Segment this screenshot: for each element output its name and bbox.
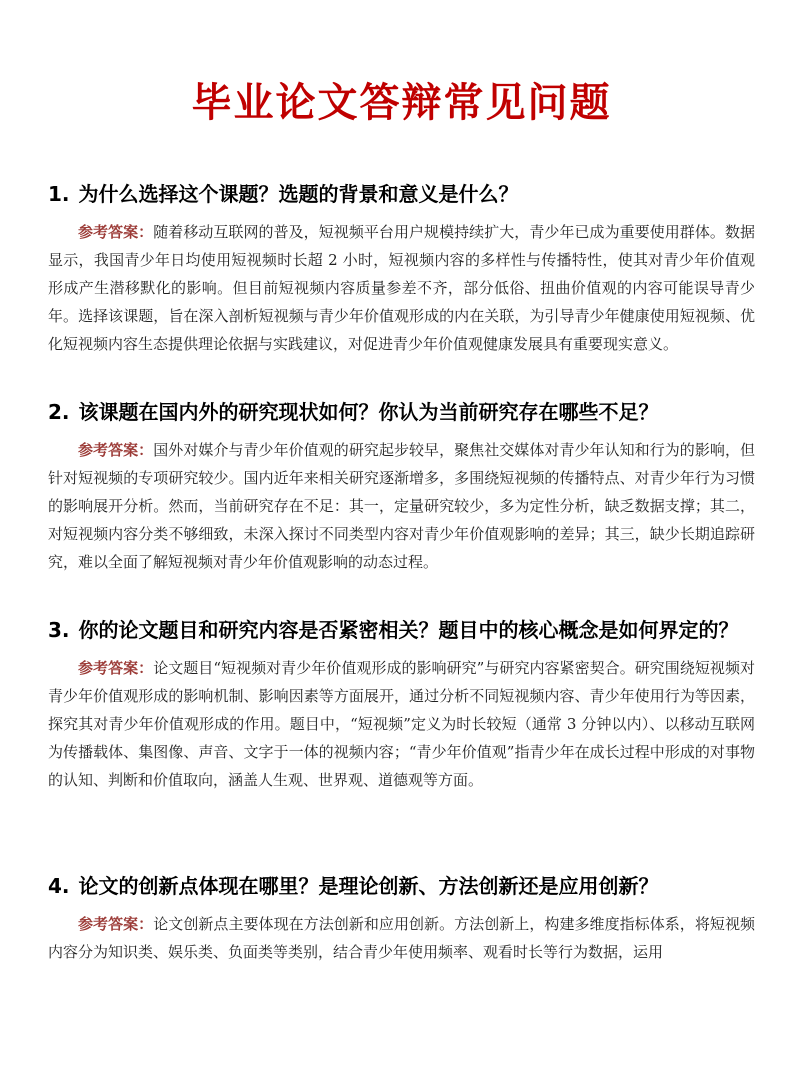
answer-label: 参考答案： bbox=[78, 441, 153, 459]
question-heading: 3.你的论文题目和研究内容是否紧密相关？题目中的核心概念是如何界定的？ bbox=[48, 616, 755, 644]
question-number: 2. bbox=[48, 400, 70, 424]
answer-paragraph: 参考答案：国外对媒介与青少年价值观的研究起步较早，聚焦社交媒体对青少年认知和行为… bbox=[48, 436, 755, 576]
answer-paragraph: 参考答案：论文题目“短视频对青少年价值观形成的影响研究”与研究内容紧密契合。研究… bbox=[48, 654, 755, 794]
answer-text: 论文创新点主要体现在方法创新和应用创新。方法创新上，构建多维度指标体系，将短视频… bbox=[48, 915, 755, 961]
question-text: 你的论文题目和研究内容是否紧密相关？题目中的核心概念是如何界定的？ bbox=[79, 618, 739, 642]
answer-text: 论文题目“短视频对青少年价值观形成的影响研究”与研究内容紧密契合。研究围绕短视频… bbox=[48, 659, 755, 789]
question-number: 4. bbox=[48, 874, 70, 898]
answer-paragraph: 参考答案：随着移动互联网的普及，短视频平台用户规模持续扩大，青少年已成为重要使用… bbox=[48, 218, 755, 358]
question-heading: 2.该课题在国内外的研究现状如何？你认为当前研究存在哪些不足？ bbox=[48, 398, 755, 426]
question-text: 论文的创新点体现在哪里？是理论创新、方法创新还是应用创新？ bbox=[79, 874, 659, 898]
qa-section-3: 3.你的论文题目和研究内容是否紧密相关？题目中的核心概念是如何界定的？ 参考答案… bbox=[48, 616, 755, 794]
page-title: 毕业论文答辩常见问题 bbox=[48, 76, 755, 130]
answer-text: 随着移动互联网的普及，短视频平台用户规模持续扩大，青少年已成为重要使用群体。数据… bbox=[48, 223, 755, 353]
answer-label: 参考答案： bbox=[78, 659, 153, 677]
qa-section-1: 1.为什么选择这个课题？选题的背景和意义是什么？ 参考答案：随着移动互联网的普及… bbox=[48, 180, 755, 358]
qa-section-4: 4.论文的创新点体现在哪里？是理论创新、方法创新还是应用创新？ 参考答案：论文创… bbox=[48, 872, 755, 966]
answer-label: 参考答案： bbox=[78, 915, 153, 933]
question-text: 为什么选择这个课题？选题的背景和意义是什么？ bbox=[79, 182, 519, 206]
question-number: 3. bbox=[48, 618, 70, 642]
answer-text: 国外对媒介与青少年价值观的研究起步较早，聚焦社交媒体对青少年认知和行为的影响，但… bbox=[48, 441, 755, 571]
question-heading: 1.为什么选择这个课题？选题的背景和意义是什么？ bbox=[48, 180, 755, 208]
qa-section-2: 2.该课题在国内外的研究现状如何？你认为当前研究存在哪些不足？ 参考答案：国外对… bbox=[48, 398, 755, 576]
answer-paragraph: 参考答案：论文创新点主要体现在方法创新和应用创新。方法创新上，构建多维度指标体系… bbox=[48, 910, 755, 966]
question-heading: 4.论文的创新点体现在哪里？是理论创新、方法创新还是应用创新？ bbox=[48, 872, 755, 900]
question-number: 1. bbox=[48, 182, 70, 206]
document-page: 毕业论文答辩常见问题 1.为什么选择这个课题？选题的背景和意义是什么？ 参考答案… bbox=[0, 0, 800, 1067]
question-text: 该课题在国内外的研究现状如何？你认为当前研究存在哪些不足？ bbox=[79, 400, 659, 424]
answer-label: 参考答案： bbox=[78, 223, 153, 241]
